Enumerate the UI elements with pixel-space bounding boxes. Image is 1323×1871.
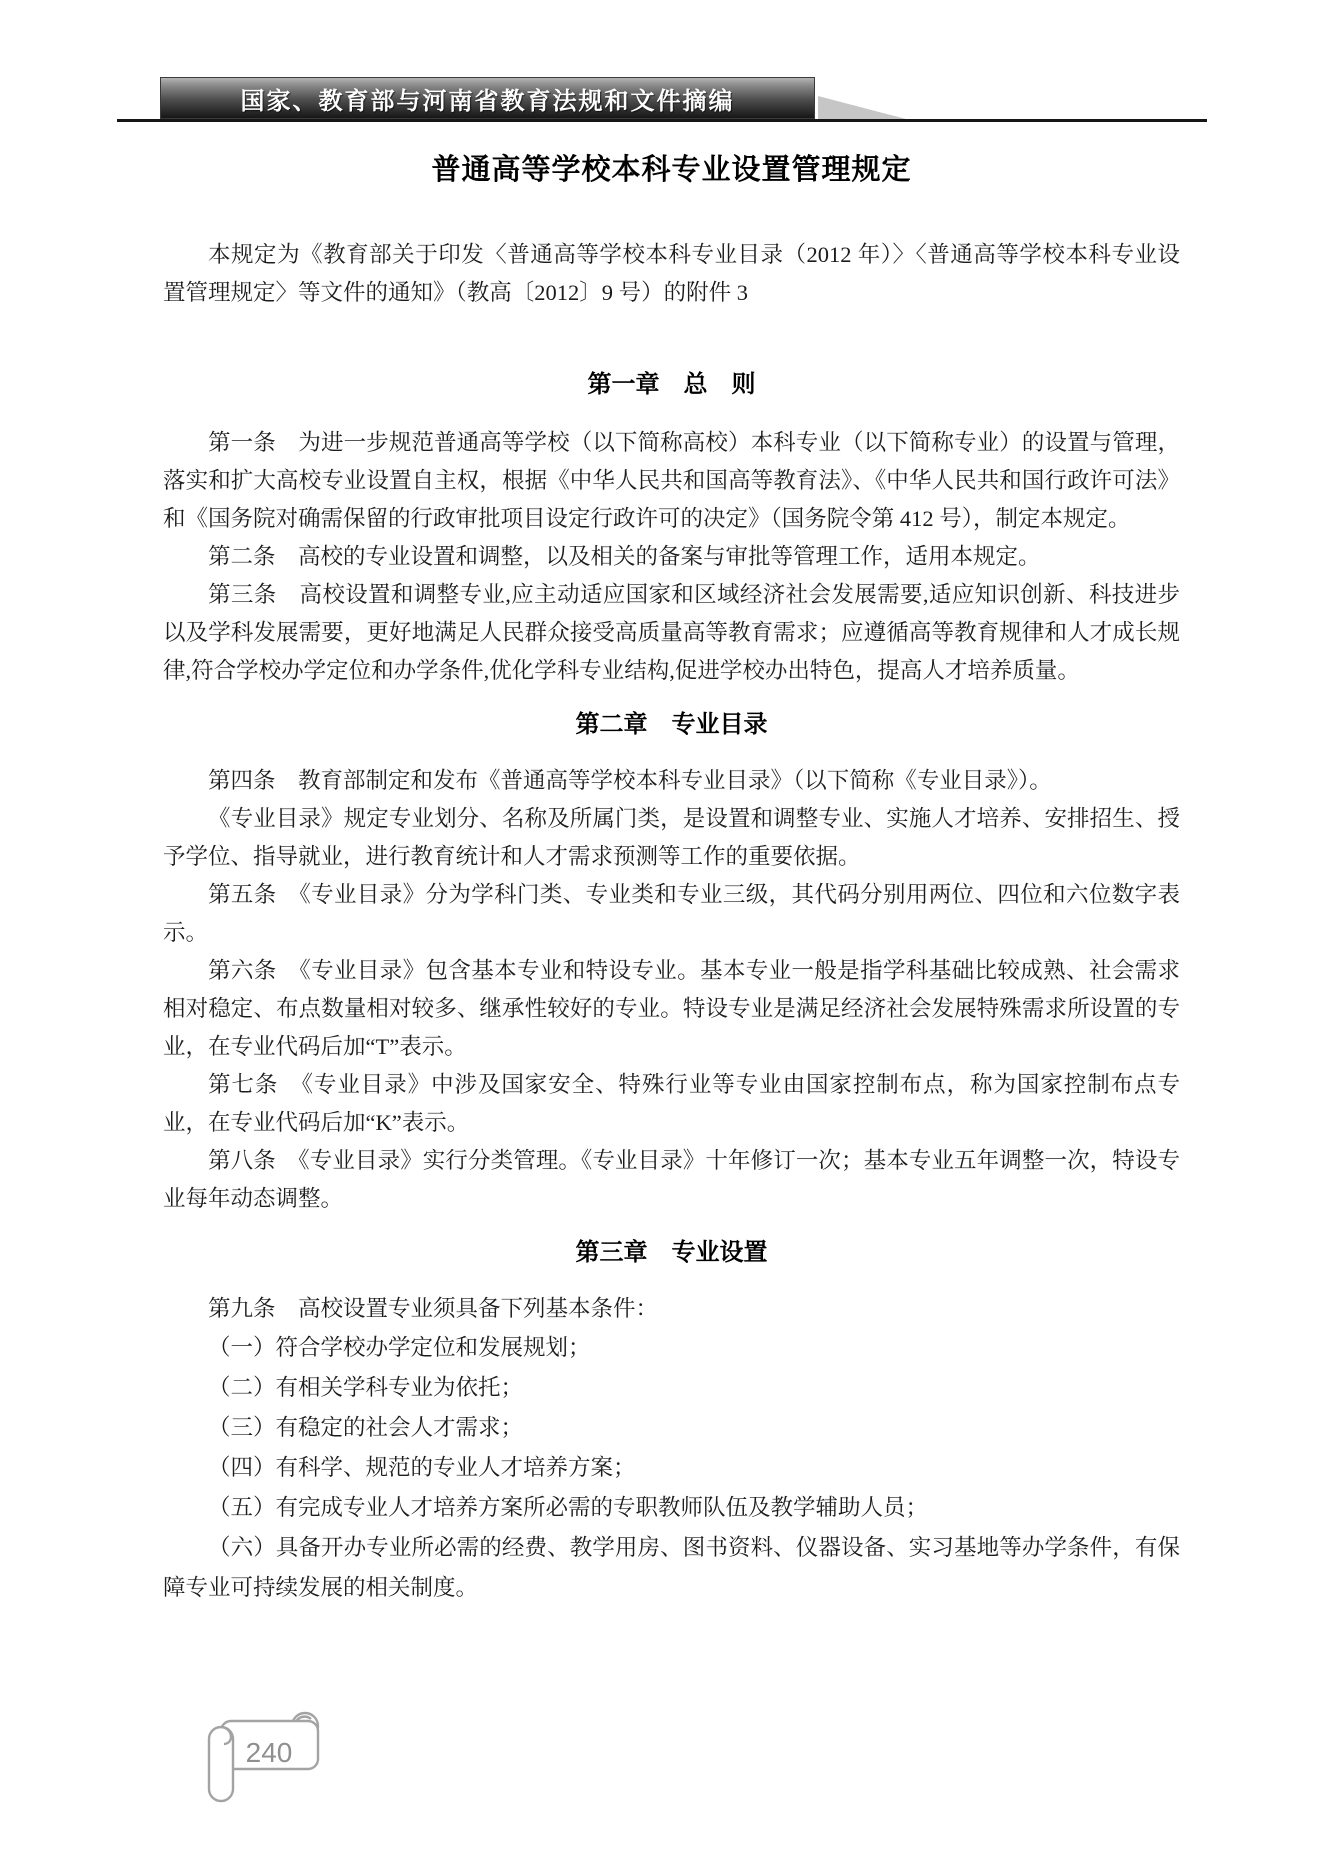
condition-item-2: （二）有相关学科专业为依托； [163,1368,1180,1408]
condition-item-5: （五）有完成专业人才培养方案所必需的专职教师队伍及教学辅助人员； [163,1488,1180,1528]
intro-paragraph: 本规定为《教育部关于印发〈普通高等学校本科专业目录（2012 年）〉〈普通高等学… [163,236,1180,312]
article-8-paragraph: 第八条 《专业目录》实行分类管理。《专业目录》十年修订一次；基本专业五年调整一次… [163,1142,1180,1218]
article-3-paragraph: 第三条 高校设置和调整专业,应主动适应国家和区域经济社会发展需要,适应知识创新、… [163,576,1180,690]
article-4-paragraph: 第四条 教育部制定和发布《普通高等学校本科专业目录》（以下简称《专业目录》）。 [163,762,1180,800]
article-2-paragraph: 第二条 高校的专业设置和调整，以及相关的备案与审批等管理工作，适用本规定。 [163,538,1180,576]
chapter-1-heading: 第一章 总 则 [163,368,1180,402]
page-number: 240 [236,1738,302,1768]
article-6-paragraph: 第六条 《专业目录》包含基本专业和特设专业。基本专业一般是指学科基础比较成熟、社… [163,952,1180,1066]
document-page: 国家、教育部与河南省教育法规和文件摘编 普通高等学校本科专业设置管理规定 本规定… [0,0,1323,1871]
condition-item-3: （三）有稳定的社会人才需求； [163,1408,1180,1448]
doc-title: 普通高等学校本科专业设置管理规定 [163,152,1180,188]
article-7-paragraph: 第七条 《专业目录》中涉及国家安全、特殊行业等专业由国家控制布点，称为国家控制布… [163,1066,1180,1142]
article-9-paragraph: 第九条 高校设置专业须具备下列基本条件： [163,1290,1180,1328]
article-1-paragraph: 第一条 为进一步规范普通高等学校（以下简称高校）本科专业（以下简称专业）的设置与… [163,424,1180,538]
page-number-badge: 240 [206,1710,332,1806]
article-5-paragraph: 第五条 《专业目录》分为学科门类、专业类和专业三级，其代码分别用两位、四位和六位… [163,876,1180,952]
article-4-paragraph-2: 《专业目录》规定专业划分、名称及所属门类，是设置和调整专业、实施人才培养、安排招… [163,800,1180,876]
condition-item-4: （四）有科学、规范的专业人才培养方案； [163,1448,1180,1488]
chapter-3-heading: 第三章 专业设置 [163,1236,1180,1270]
condition-item-6: （六）具备开办专业所必需的经费、教学用房、图书资料、仪器设备、实习基地等办学条件… [163,1528,1180,1608]
document-body: 普通高等学校本科专业设置管理规定 本规定为《教育部关于印发〈普通高等学校本科专业… [163,0,1180,1608]
chapter-2-heading: 第二章 专业目录 [163,708,1180,742]
condition-item-1: （一）符合学校办学定位和发展规划； [163,1328,1180,1368]
